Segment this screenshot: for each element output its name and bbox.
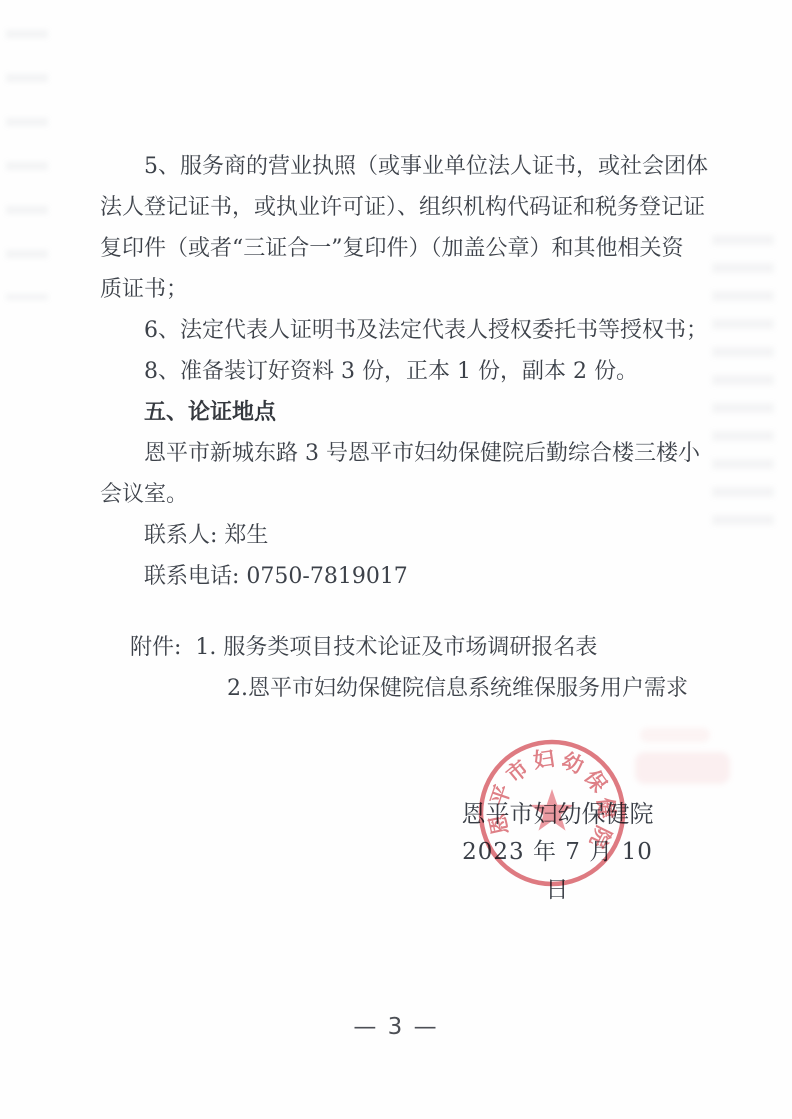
stamp-ink-smudge	[635, 752, 730, 784]
contact-person: 联系人: 郑生	[100, 515, 704, 556]
attachments-block: 附件:1. 服务类项目技术论证及市场调研报名表 2.恩平市妇幼保健院信息系统维保…	[130, 627, 704, 709]
section-heading: 五、论证地点	[100, 392, 704, 433]
paragraph-line: 5、服务商的营业执照（或事业单位法人证书，或社会团体	[100, 146, 704, 187]
paragraph-line: 会议室。	[100, 474, 704, 515]
paragraph-line: 法人登记证书，或执业许可证）、组织机构代码证和税务登记证	[100, 187, 704, 228]
official-seal-stamp: 恩平市妇幼保健院	[472, 733, 632, 893]
attachment-2: 2.恩平市妇幼保健院信息系统维保服务用户需求	[227, 668, 704, 709]
document-page: 5、服务商的营业执照（或事业单位法人证书，或社会团体 法人登记证书，或执业许可证…	[0, 0, 792, 1119]
paragraph-item-6: 6、法定代表人证明书及法定代表人授权委托书等授权书；	[100, 310, 704, 351]
bleedthrough-artifact	[712, 235, 774, 525]
paragraph-line: 恩平市新城东路 3 号恩平市妇幼保健院后勤综合楼三楼小	[100, 433, 704, 474]
page-footer: — 3 —	[0, 1014, 792, 1040]
attachment-line-1: 附件:1. 服务类项目技术论证及市场调研报名表	[130, 627, 704, 668]
seal-star-icon	[530, 789, 574, 831]
contact-phone: 联系电话: 0750-7819017	[100, 556, 704, 597]
paragraph-item-5: 5、服务商的营业执照（或事业单位法人证书，或社会团体 法人登记证书，或执业许可证…	[100, 146, 704, 310]
page-number: — 3 —	[353, 1014, 438, 1040]
bleedthrough-artifact	[6, 30, 48, 300]
attachments-label: 附件:	[130, 635, 181, 660]
stamp-ink-smudge	[640, 728, 710, 742]
paragraph-line: 质证书；	[100, 269, 704, 310]
paragraph-item-8: 8、准备装订好资料 3 份，正本 1 份，副本 2 份。	[100, 351, 704, 392]
paragraph-line: 复印件（或者“三证合一”复印件）（加盖公章）和其他相关资	[100, 228, 704, 269]
paragraph-location: 恩平市新城东路 3 号恩平市妇幼保健院后勤综合楼三楼小 会议室。	[100, 433, 704, 515]
attachment-1: 1. 服务类项目技术论证及市场调研报名表	[195, 635, 597, 660]
document-body: 5、服务商的营业执照（或事业单位法人证书，或社会团体 法人登记证书，或执业许可证…	[100, 146, 704, 709]
